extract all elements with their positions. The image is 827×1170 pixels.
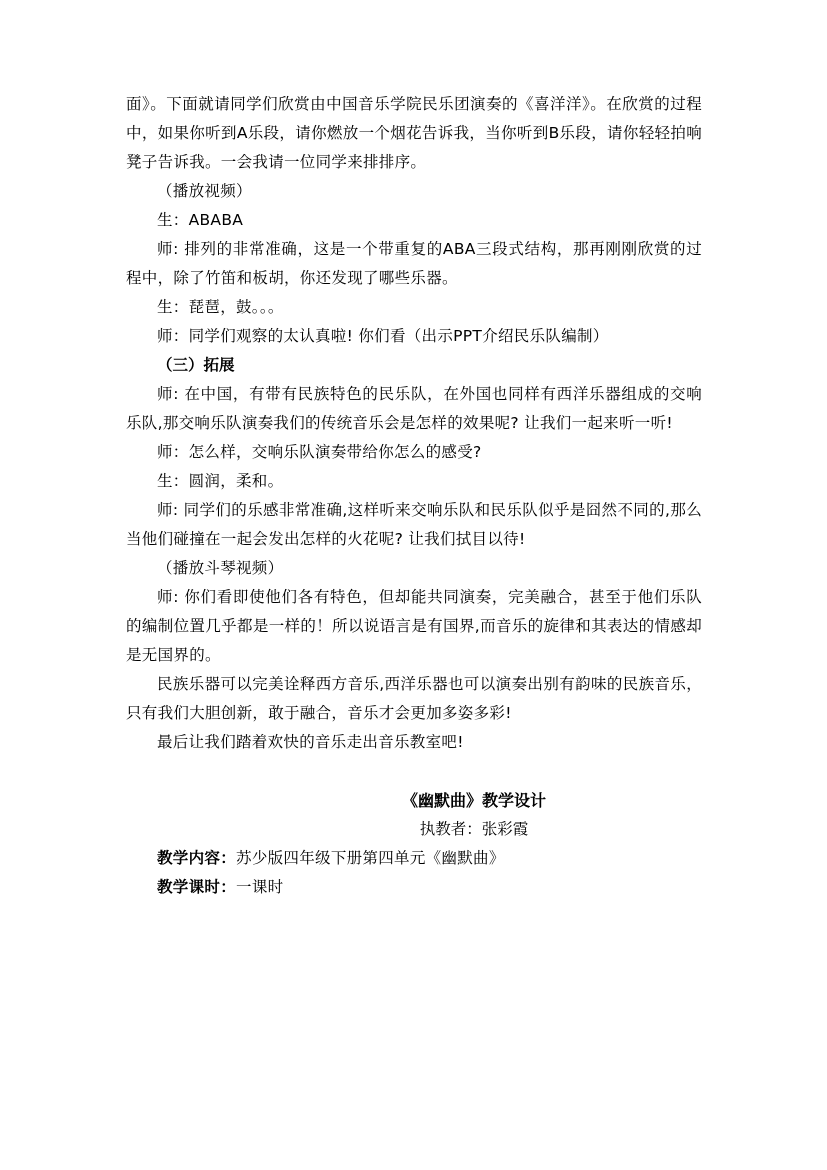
field-value: 一课时	[236, 878, 283, 896]
student-line: 生：圆润，柔和。	[126, 467, 702, 496]
student-line: 生：ABABA	[126, 206, 702, 235]
teacher-line: 师: 同学们的乐感非常准确,这样听来交响乐队和民乐队似乎是囧然不同的,那么当他们…	[126, 496, 702, 554]
lesson-author: 执教者：张彩霞	[126, 815, 702, 844]
teacher-line: 师: 排列的非常准确，这是一个带重复的ABA三段式结构，那再刚刚欣赏的过程中，除…	[126, 235, 702, 293]
stage-direction-play-video: （播放视频）	[126, 177, 702, 206]
stage-direction-play-video: （播放斗琴视频）	[126, 554, 702, 583]
teacher-line: 师: 在中国，有带有民族特色的民乐队，在外国也同样有西洋乐器组成的交响乐队,那交…	[126, 380, 702, 438]
student-line: 生：琵琶，鼓。。。	[126, 293, 702, 322]
closing-paragraph: 最后让我们踏着欢快的音乐走出音乐教室吧!	[126, 728, 702, 757]
spacer	[126, 757, 702, 786]
teacher-line: 师: 你们看即使他们各有特色，但却能共同演奏，完美融合，甚至于他们乐队的编制位置…	[126, 583, 702, 670]
field-label: 教学内容：	[157, 849, 236, 867]
field-label: 教学课时：	[157, 878, 236, 896]
field-teaching-content: 教学内容：苏少版四年级下册第四单元《幽默曲》	[126, 844, 702, 873]
lesson-title: 《幽默曲》教学设计	[126, 786, 702, 815]
field-teaching-periods: 教学课时：一课时	[126, 873, 702, 902]
teacher-line: 师：同学们观察的太认真啦! 你们看（出示PPT介绍民乐队编制）	[126, 322, 702, 351]
closing-paragraph: 民族乐器可以完美诠释西方音乐,西洋乐器也可以演奏出别有韵味的民族音乐，只有我们大…	[126, 670, 702, 728]
teacher-line: 师：怎么样，交响乐队演奏带给你怎么的感受?	[126, 438, 702, 467]
section-heading-extension: （三）拓展	[126, 351, 702, 380]
paragraph-intro: 面》。下面就请同学们欣赏由中国音乐学院民乐团演奏的《喜洋洋》。在欣赏的过程中，如…	[126, 90, 702, 177]
field-value: 苏少版四年级下册第四单元《幽默曲》	[236, 849, 505, 867]
document-page: 面》。下面就请同学们欣赏由中国音乐学院民乐团演奏的《喜洋洋》。在欣赏的过程中，如…	[126, 90, 702, 902]
